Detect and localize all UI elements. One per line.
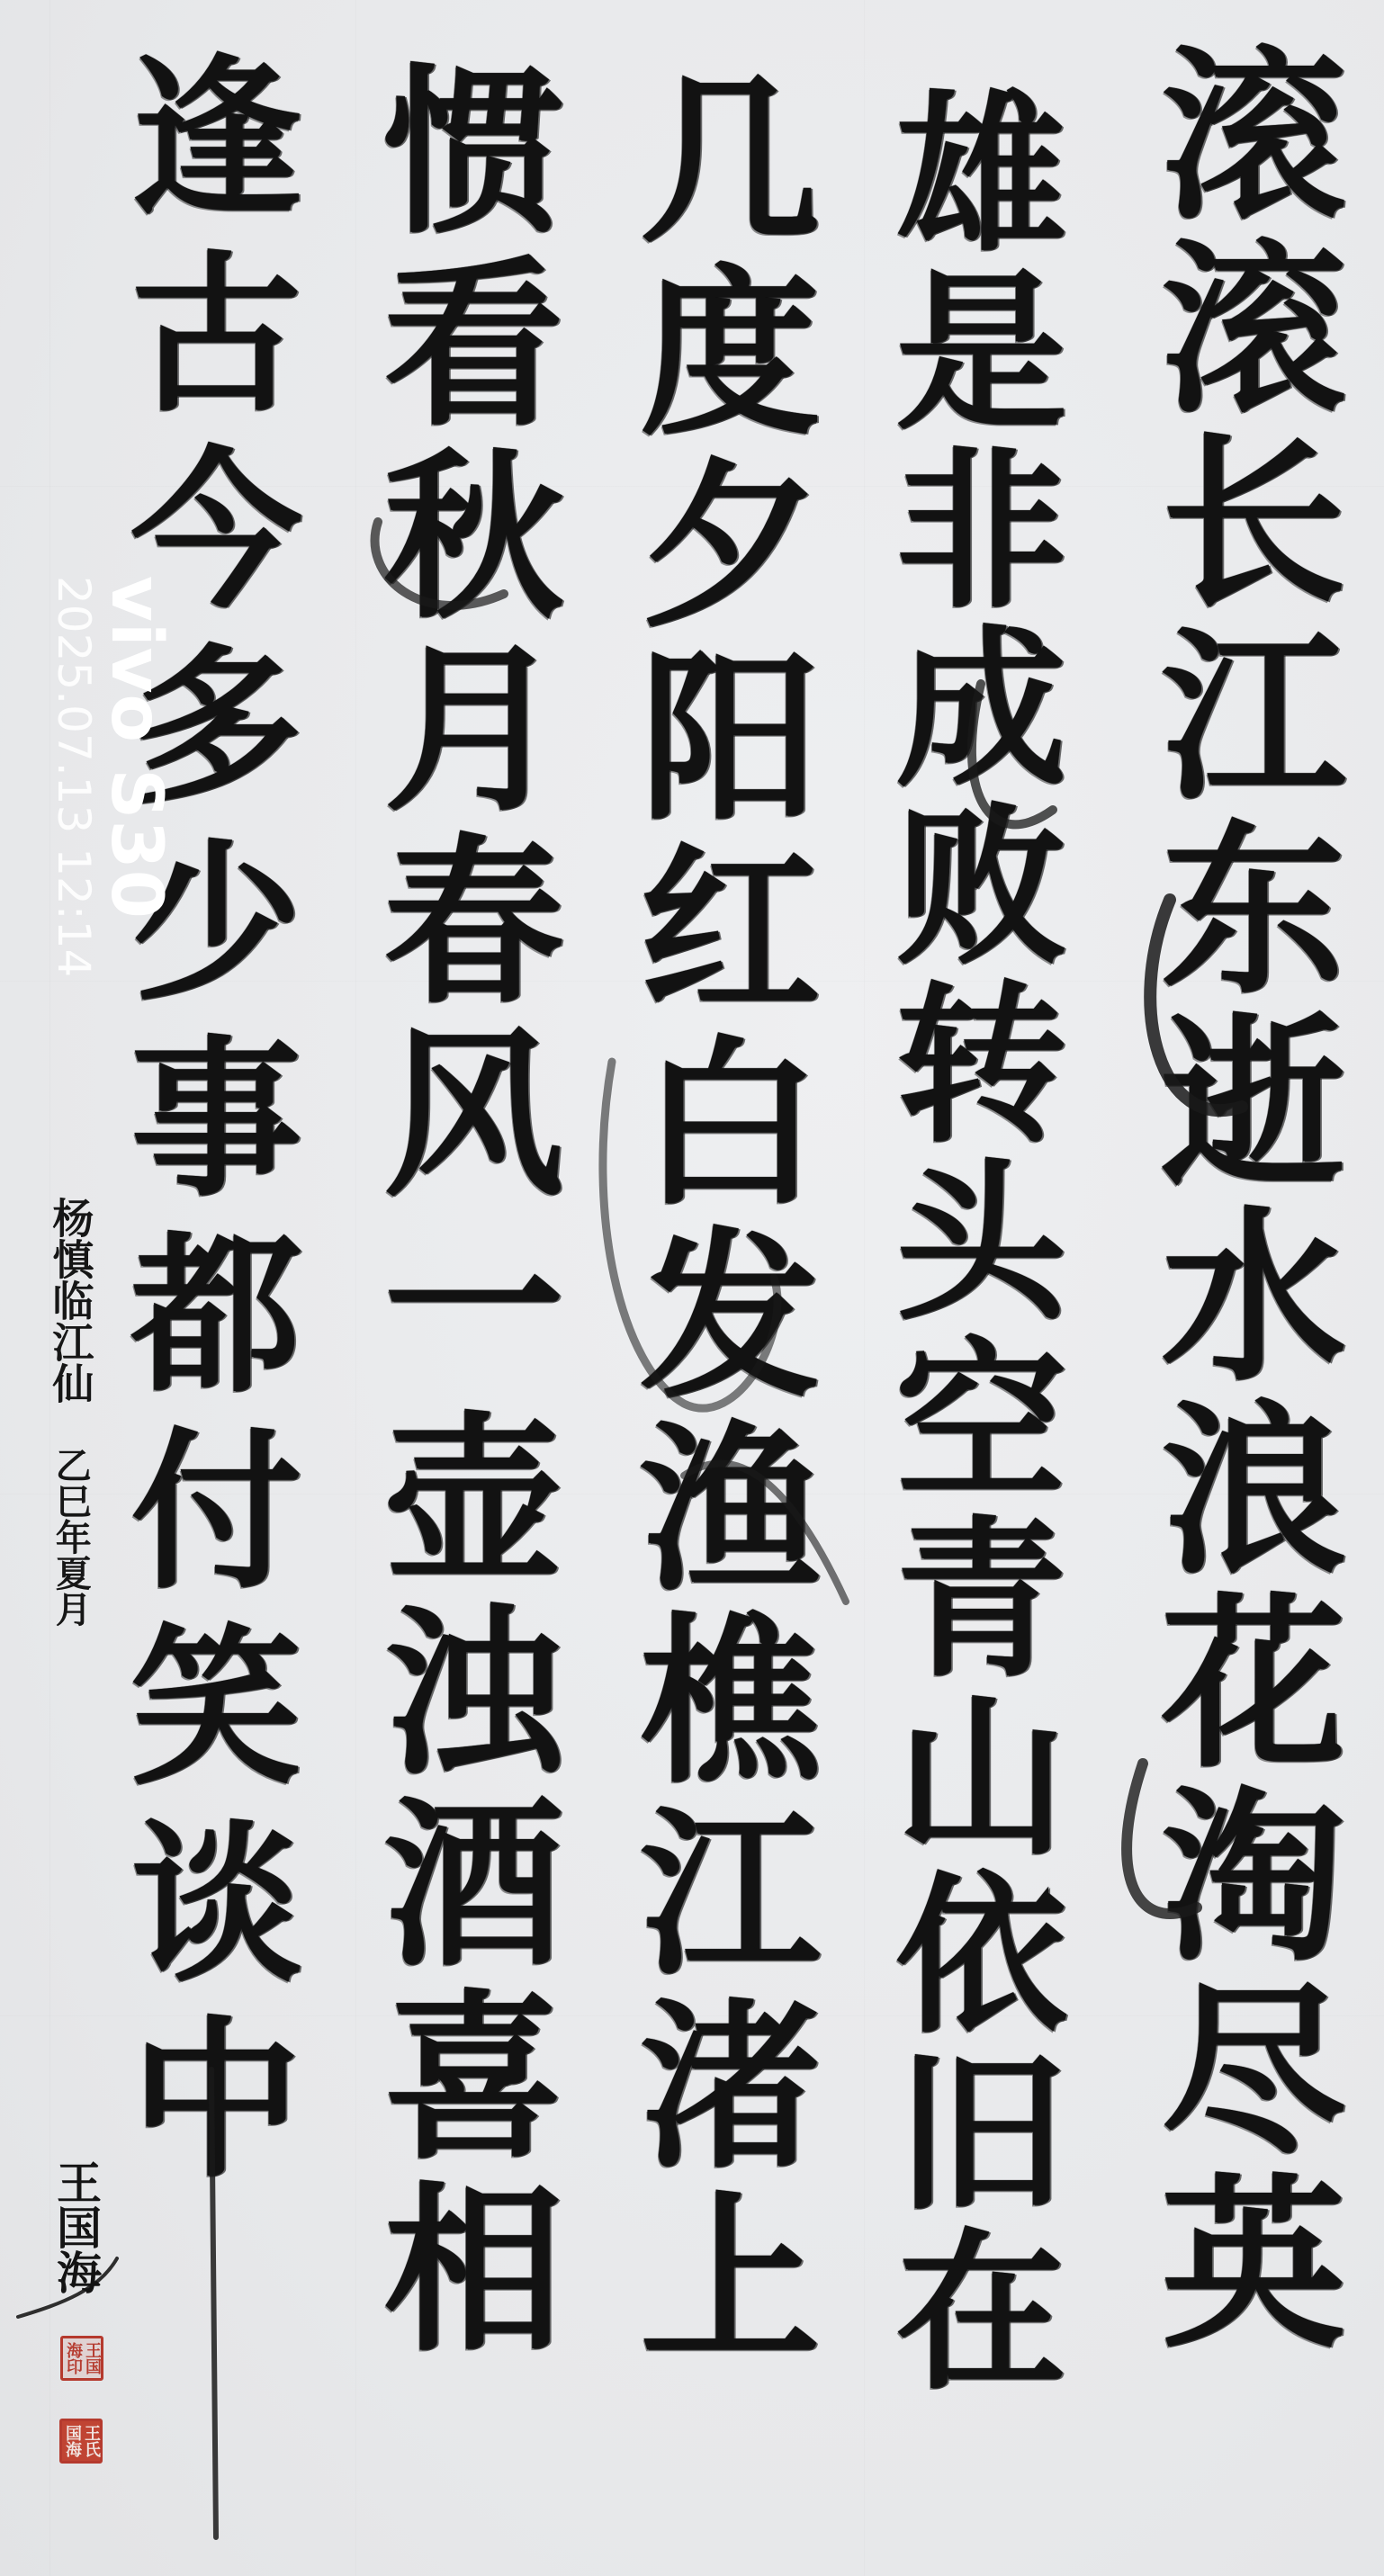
seal-upper-text: 王国海印	[64, 2339, 102, 2377]
signature-text: 王国海	[43, 2159, 108, 2294]
seal-lower-text: 王氏国海	[63, 2422, 101, 2460]
calligraphy-characters: 逢古今多少事都付笑谈中	[117, 48, 288, 2205]
artist-signature: 王国海	[25, 2159, 115, 2330]
inscription-date: 乙巳年夏月	[51, 1447, 89, 1627]
watermark-timestamp: 2025.07.13 12:14	[47, 576, 101, 977]
calligraphy-column-5: 逢古今多少事都付笑谈中	[99, 45, 306, 2208]
red-seal-lower: 王氏国海	[59, 2419, 103, 2464]
calligraphy-characters: 几度夕阳红白发渔樵江渚上	[625, 66, 805, 2376]
watermark-brand: vivo S30	[101, 576, 171, 977]
calligraphy-characters: 雄是非成败转头空青山依旧在	[882, 84, 1053, 2400]
inscription-poem-attribution: 杨慎临江仙	[49, 1197, 93, 1404]
calligraphy-column-4: 惯看秋月春风一壶浊酒喜相	[346, 54, 571, 2370]
inscription-column: 杨慎临江仙 乙巳年夏月	[43, 1197, 97, 1627]
calligraphy-characters: 惯看秋月春风一壶浊酒喜相	[369, 57, 549, 2367]
calligraphy-column-1: 滚滚长江东逝水浪花淘尽英	[1125, 36, 1350, 2363]
calligraphy-column-3: 几度夕阳红白发渔樵江渚上	[603, 63, 828, 2379]
calligraphy-characters: 滚滚长江东逝水浪花淘尽英	[1146, 39, 1330, 2360]
calligraphy-column-2: 雄是非成败转头空青山依旧在	[855, 81, 1080, 2402]
red-seal-upper: 王国海印	[60, 2336, 103, 2381]
camera-watermark: vivo S30 2025.07.13 12:14	[47, 576, 171, 977]
